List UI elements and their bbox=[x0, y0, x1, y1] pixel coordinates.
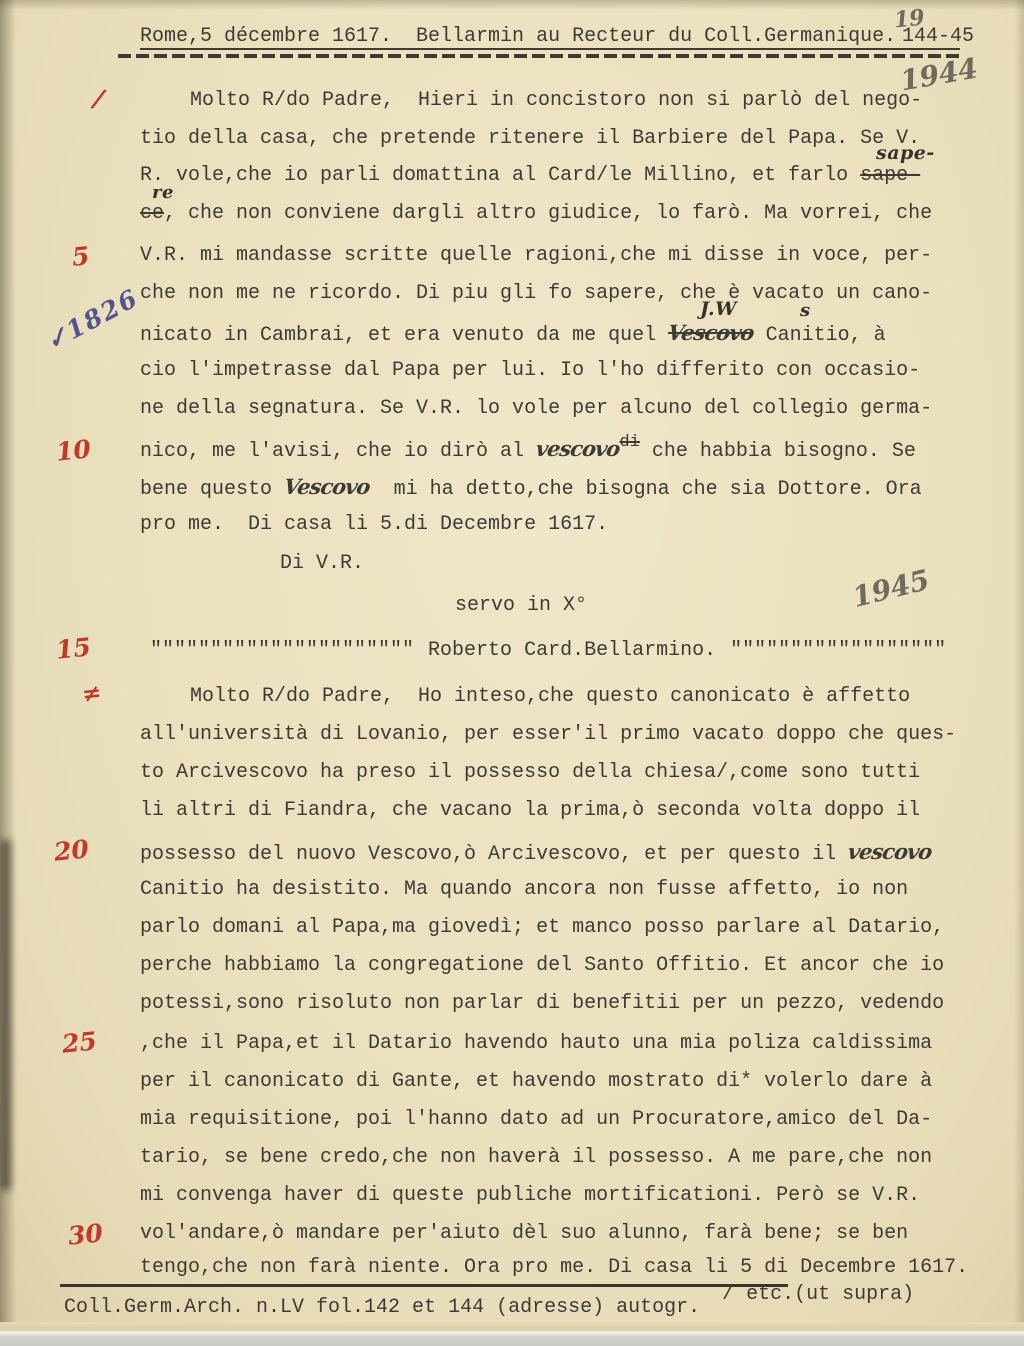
letter-line: cio l'impetrasse dal Papa per lui. Io l'… bbox=[140, 358, 920, 384]
line-text: R. vole,che io parli domattina al Card/l… bbox=[140, 164, 860, 187]
letter-line: Molto R/do Padre, Hieri in concistoro no… bbox=[190, 88, 922, 114]
line-text: Canitio, à bbox=[754, 324, 886, 347]
archive-text: Coll.Germ.Arch. n.LV fol.142 et 144 (adr… bbox=[64, 1296, 700, 1319]
scan-top-shadow bbox=[0, 0, 1024, 10]
letter-line: nico, me l'avisi, che io dirò al vescovo… bbox=[140, 436, 916, 466]
line-text: mi ha detto,che bisogna che sia Dottore.… bbox=[370, 478, 922, 501]
letter-line: ce, che non conviene dargli altro giudic… bbox=[140, 201, 932, 227]
letter-line: potessi,sono risoluto non parlar di bene… bbox=[140, 991, 944, 1017]
margin-annotation-1826: ✓1826 bbox=[41, 283, 143, 356]
letter-line: parlo domani al Papa,ma giovedì; et manc… bbox=[140, 915, 944, 941]
etc-note: / etc.(ut supra) bbox=[722, 1283, 914, 1306]
letter-line: nicato in Cambrai, et era venuto da me q… bbox=[140, 320, 886, 349]
letter-line: to Arcivescovo ha preso il possesso dell… bbox=[140, 760, 920, 786]
struck-handwritten-vescovo: Vescovo bbox=[666, 320, 755, 346]
line-text: , che non conviene dargli altro giudice,… bbox=[164, 202, 932, 225]
letter-line: per il canonicato di Gante, et havendo m… bbox=[140, 1069, 932, 1095]
handwritten-vescovo: Vescovo bbox=[282, 474, 371, 500]
margin-number-25: 25 bbox=[61, 1026, 99, 1058]
margin-number-20: 20 bbox=[53, 834, 91, 866]
signature-name: Roberto Card.Bellarmino. bbox=[414, 639, 730, 662]
margin-number-10: 10 bbox=[55, 434, 93, 466]
valediction-line: Di V.R. bbox=[280, 551, 364, 577]
letter-line: tario, se bene credo,che non haverà il p… bbox=[140, 1145, 932, 1171]
letter-line: tengo,che non farà niente. Ora pro me. D… bbox=[140, 1255, 968, 1281]
signature-line: """"""""""""""""""""""Roberto Card.Bella… bbox=[150, 638, 946, 664]
handwritten-pencil-1945: 1945 bbox=[849, 563, 933, 614]
line-text: bene questo bbox=[140, 478, 284, 501]
header-underline bbox=[140, 48, 960, 50]
handwritten-pencil-19: 19 bbox=[893, 4, 926, 33]
handwritten-vescovo: vescovo bbox=[846, 839, 933, 865]
valediction-line: servo in X° bbox=[455, 593, 587, 619]
header-title: Rome,5 décembre 1617. Bellarmin au Recte… bbox=[140, 24, 896, 50]
archive-reference: Coll.Germ.Arch. n.LV fol.142 et 144 (adr… bbox=[64, 1295, 914, 1321]
letter-line: mia requisitione, poi l'hanno dato ad un… bbox=[140, 1107, 932, 1133]
paragraph-mark: ≠ bbox=[81, 679, 103, 708]
quote-marks-left: """""""""""""""""""""" bbox=[150, 639, 414, 662]
handwritten-jw: J.W bbox=[700, 298, 737, 320]
letter-line: possesso del nuovo Vescovo,ò Arcivescovo… bbox=[140, 839, 932, 868]
struck-text: sape- bbox=[860, 164, 920, 187]
scan-binding-shadow bbox=[0, 840, 11, 1190]
scan-bottom-edge bbox=[0, 1322, 1024, 1346]
margin-number-30: 30 bbox=[67, 1218, 105, 1250]
line-text: nico, me l'avisi, che io dirò al bbox=[140, 440, 536, 463]
handwritten-correction-re: re bbox=[152, 182, 174, 203]
scanned-letter-page: Rome,5 décembre 1617. Bellarmin au Recte… bbox=[0, 0, 1024, 1346]
margin-number-1: / bbox=[92, 83, 106, 113]
letter-line: perche habbiamo la congregatione del San… bbox=[140, 953, 944, 979]
handwritten-correction-sape: sape- bbox=[876, 142, 935, 164]
letter-line: che non me ne ricordo. Di piu gli fo sap… bbox=[140, 281, 932, 307]
closing-underline bbox=[60, 1284, 788, 1287]
letter-line: tio della casa, che pretende ritenere il… bbox=[140, 126, 920, 152]
letter-line: pro me. Di casa li 5.di Decembre 1617. bbox=[140, 512, 608, 538]
letter-line: Canitio ha desistito. Ma quando ancora n… bbox=[140, 877, 908, 903]
letter-line: all'università di Lovanio, per esser'il … bbox=[140, 722, 956, 748]
margin-number-5: 5 bbox=[71, 241, 91, 272]
letter-line: R. vole,che io parli domattina al Card/l… bbox=[140, 163, 920, 189]
handwritten-vescovo: vescovo bbox=[534, 436, 621, 462]
letter-line: Molto R/do Padre, Ho inteso,che questo c… bbox=[190, 684, 910, 710]
struck-text: ce bbox=[140, 202, 164, 225]
line-text: nicato in Cambrai, et era venuto da me q… bbox=[140, 324, 668, 347]
annotation-year: 1826 bbox=[61, 283, 143, 345]
letter-line: ne della segnatura. Se V.R. lo vole per … bbox=[140, 396, 932, 422]
letter-line: vol'andare,ò mandare per'aiuto dèl suo a… bbox=[140, 1221, 908, 1247]
letter-line: li altri di Fiandra, che vacano la prima… bbox=[140, 798, 920, 824]
struck-superscript-di: di bbox=[619, 433, 639, 452]
margin-number-15: 15 bbox=[55, 632, 93, 664]
line-text: che habbia bisogno. Se bbox=[640, 440, 916, 463]
letter-line: V.R. mi mandasse scritte quelle ragioni,… bbox=[140, 243, 932, 269]
letter-line: bene questo Vescovo mi ha detto,che biso… bbox=[140, 474, 922, 503]
line-text: possesso del nuovo Vescovo,ò Arcivescovo… bbox=[140, 843, 848, 866]
letter-line: ,che il Papa,et il Datario havendo hauto… bbox=[140, 1031, 932, 1057]
letter-line: mi convenga haver di queste publiche mor… bbox=[140, 1183, 920, 1209]
quote-marks-right: """""""""""""""""" bbox=[730, 639, 946, 662]
scan-right-shadow bbox=[1014, 0, 1024, 1346]
dashed-rule bbox=[118, 54, 962, 58]
handwritten-s: s bbox=[800, 300, 811, 321]
